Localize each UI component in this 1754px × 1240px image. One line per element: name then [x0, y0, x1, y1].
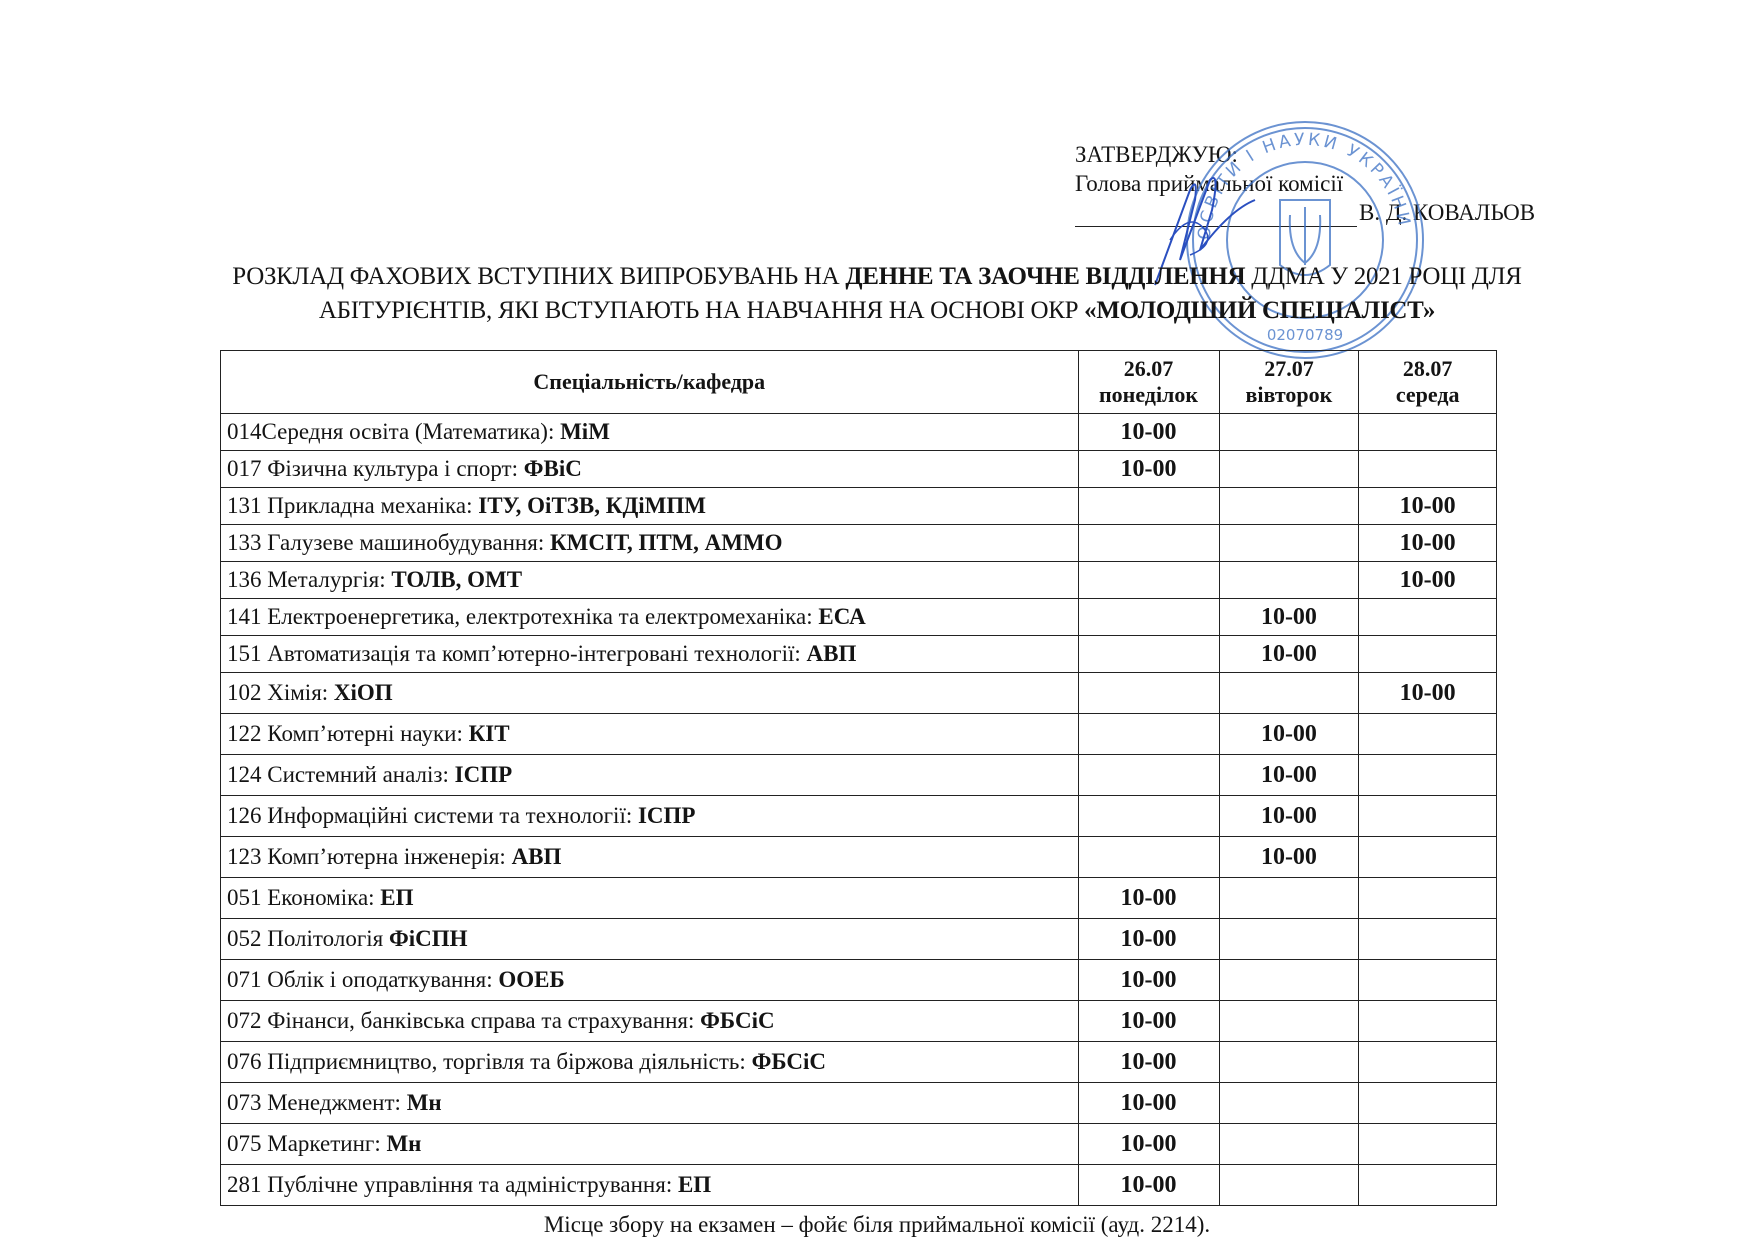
department-code: ФБСіС [700, 1008, 774, 1033]
specialty-name: 102 Хімія: [227, 680, 334, 705]
signature-blank [1075, 204, 1357, 227]
exam-time-cell: 10-00 [1359, 562, 1497, 599]
exam-time-cell [1078, 796, 1219, 837]
department-code: ІТУ, ОіТЗВ, КДіМПМ [478, 493, 706, 518]
specialty-cell: 122 Комп’ютерні науки: КІТ [221, 714, 1079, 755]
exam-time-cell [1219, 960, 1359, 1001]
department-code: ЕП [678, 1172, 711, 1197]
specialty-name: 126 Информаційні системи та технології: [227, 803, 638, 828]
exam-time-cell [1219, 414, 1359, 451]
table-row: 051 Економіка: ЕП10-00 [221, 878, 1497, 919]
department-code: КІТ [469, 721, 510, 746]
exam-time-cell [1078, 488, 1219, 525]
exam-time-cell [1359, 1165, 1497, 1206]
exam-time-cell [1359, 878, 1497, 919]
table-row: 124 Системний аналіз: ІСПР10-00 [221, 755, 1497, 796]
exam-time-cell [1078, 525, 1219, 562]
specialty-name: 071 Облік і оподаткування: [227, 967, 498, 992]
specialty-name: 131 Прикладна механіка: [227, 493, 478, 518]
title-bold-department: ДЕННЕ ТА ЗАОЧНЕ ВІДДІЛЕННЯ [845, 263, 1245, 290]
exam-time-cell [1359, 1124, 1497, 1165]
column-header-day: 28.07середа [1359, 351, 1497, 414]
title-text: ДДМА У 2021 РОЦІ ДЛЯ [1245, 263, 1521, 290]
specialty-cell: 126 Информаційні системи та технології: … [221, 796, 1079, 837]
specialty-name: 076 Підприємництво, торгівля та біржова … [227, 1049, 752, 1074]
specialty-cell: 102 Хімія: ХіОП [221, 673, 1079, 714]
exam-time-cell: 10-00 [1078, 1165, 1219, 1206]
exam-time-cell [1359, 755, 1497, 796]
table-row: 151 Автоматизація та комп’ютерно-інтегро… [221, 636, 1497, 673]
exam-time-cell [1359, 837, 1497, 878]
exam-time-cell [1219, 1165, 1359, 1206]
exam-time-cell [1359, 714, 1497, 755]
exam-time-cell: 10-00 [1219, 796, 1359, 837]
specialty-cell: 133 Галузеве машинобудування: КМСІТ, ПТМ… [221, 525, 1079, 562]
specialty-cell: 151 Автоматизація та комп’ютерно-інтегро… [221, 636, 1079, 673]
exam-time-cell: 10-00 [1359, 525, 1497, 562]
specialty-name: 073 Менеджмент: [227, 1090, 407, 1115]
specialty-cell: 014Середня освіта (Математика): МіМ [221, 414, 1079, 451]
department-code: ІСПР [455, 762, 513, 787]
exam-time-cell [1219, 919, 1359, 960]
specialty-name: 072 Фінанси, банківська справа та страху… [227, 1008, 700, 1033]
exam-time-cell [1219, 525, 1359, 562]
specialty-cell: 072 Фінанси, банківська справа та страху… [221, 1001, 1079, 1042]
specialty-cell: 124 Системний аналіз: ІСПР [221, 755, 1079, 796]
exam-time-cell: 10-00 [1219, 599, 1359, 636]
exam-time-cell: 10-00 [1078, 919, 1219, 960]
specialty-cell: 136 Металургія: ТОЛВ, ОМТ [221, 562, 1079, 599]
exam-time-cell [1078, 599, 1219, 636]
title-bold-level: «МОЛОДШИЙ СПЕЦІАЛІСТ» [1084, 297, 1435, 324]
specialty-name: 136 Металургія: [227, 567, 391, 592]
specialty-cell: 075 Маркетинг: Мн [221, 1124, 1079, 1165]
department-code: ЕСА [818, 604, 865, 629]
exam-time-cell: 10-00 [1078, 1042, 1219, 1083]
exam-time-cell: 10-00 [1078, 1124, 1219, 1165]
specialty-cell: 131 Прикладна механіка: ІТУ, ОіТЗВ, КДіМ… [221, 488, 1079, 525]
exam-time-cell [1219, 1042, 1359, 1083]
exam-time-cell: 10-00 [1078, 878, 1219, 919]
approval-position: Голова приймальної комісії [1075, 169, 1535, 198]
exam-time-cell [1219, 1124, 1359, 1165]
table-row: 126 Информаційні системи та технології: … [221, 796, 1497, 837]
approval-heading: ЗАТВЕРДЖУЮ: [1075, 140, 1535, 169]
specialty-cell: 052 Політологія ФіСПН [221, 919, 1079, 960]
specialty-name: 122 Комп’ютерні науки: [227, 721, 469, 746]
table-row: 076 Підприємництво, торгівля та біржова … [221, 1042, 1497, 1083]
exam-time-cell: 10-00 [1219, 636, 1359, 673]
department-code: ХіОП [334, 680, 393, 705]
assembly-place-note: Місце збору на екзамен – фойє біля прийм… [0, 1212, 1754, 1238]
specialty-cell: 123 Комп’ютерна інженерія: АВП [221, 837, 1079, 878]
exam-time-cell: 10-00 [1219, 837, 1359, 878]
exam-time-cell: 10-00 [1078, 1001, 1219, 1042]
exam-time-cell [1078, 636, 1219, 673]
exam-time-cell: 10-00 [1359, 673, 1497, 714]
specialty-name: 075 Маркетинг: [227, 1131, 386, 1156]
exam-time-cell [1219, 1001, 1359, 1042]
exam-time-cell [1359, 451, 1497, 488]
department-code: ІСПР [638, 803, 696, 828]
specialty-name: 014Середня освіта (Математика): [227, 419, 560, 444]
specialty-cell: 076 Підприємництво, торгівля та біржова … [221, 1042, 1079, 1083]
department-code: АВП [807, 641, 857, 666]
exam-time-cell: 10-00 [1078, 1083, 1219, 1124]
specialty-cell: 071 Облік і оподаткування: ООЕБ [221, 960, 1079, 1001]
exam-time-cell [1078, 755, 1219, 796]
approval-block: ЗАТВЕРДЖУЮ: Голова приймальної комісії В… [1075, 140, 1535, 227]
table-row: 017 Фізична культура і спорт: ФВіС10-00 [221, 451, 1497, 488]
signature-line: В. Д. КОВАЛЬОВ [1075, 198, 1535, 227]
exam-time-cell [1078, 673, 1219, 714]
title-text: АБІТУРІЄНТІВ, ЯКІ ВСТУПАЮТЬ НА НАВЧАННЯ … [319, 297, 1084, 324]
exam-time-cell [1359, 636, 1497, 673]
exam-time-cell [1078, 837, 1219, 878]
department-code: Мн [386, 1131, 421, 1156]
exam-time-cell [1359, 599, 1497, 636]
exam-time-cell: 10-00 [1359, 488, 1497, 525]
specialty-cell: 051 Економіка: ЕП [221, 878, 1079, 919]
exam-time-cell [1219, 673, 1359, 714]
specialty-name: 051 Економіка: [227, 885, 380, 910]
department-code: ООЕБ [498, 967, 564, 992]
exam-time-cell: 10-00 [1078, 960, 1219, 1001]
department-code: ФВіС [524, 456, 582, 481]
exam-time-cell [1359, 919, 1497, 960]
specialty-name: 141 Електроенергетика, електротехніка та… [227, 604, 818, 629]
title-text: РОЗКЛАД ФАХОВИХ ВСТУПНИХ ВИПРОБУВАНЬ НА [232, 263, 845, 290]
table-row: 141 Електроенергетика, електротехніка та… [221, 599, 1497, 636]
exam-time-cell [1219, 488, 1359, 525]
table-row: 071 Облік і оподаткування: ООЕБ10-00 [221, 960, 1497, 1001]
schedule-table: Спеціальність/кафедра 26.07понеділок 27.… [220, 350, 1497, 1206]
exam-time-cell [1078, 562, 1219, 599]
specialty-cell: 281 Публічне управління та адмініструван… [221, 1165, 1079, 1206]
exam-time-cell: 10-00 [1078, 414, 1219, 451]
table-row: 131 Прикладна механіка: ІТУ, ОіТЗВ, КДіМ… [221, 488, 1497, 525]
table-row: 102 Хімія: ХіОП10-00 [221, 673, 1497, 714]
table-row: 281 Публічне управління та адмініструван… [221, 1165, 1497, 1206]
signatory-name: В. Д. КОВАЛЬОВ [1359, 198, 1535, 227]
department-code: ТОЛВ, ОМТ [391, 567, 522, 592]
table-row: 133 Галузеве машинобудування: КМСІТ, ПТМ… [221, 525, 1497, 562]
exam-time-cell [1219, 878, 1359, 919]
column-header-specialty: Спеціальність/кафедра [221, 351, 1079, 414]
exam-time-cell [1219, 562, 1359, 599]
table-row: 136 Металургія: ТОЛВ, ОМТ10-00 [221, 562, 1497, 599]
exam-time-cell: 10-00 [1219, 755, 1359, 796]
exam-time-cell [1359, 1001, 1497, 1042]
exam-time-cell [1359, 414, 1497, 451]
department-code: ФБСіС [752, 1049, 826, 1074]
specialty-name: 123 Комп’ютерна інженерія: [227, 844, 512, 869]
department-code: МіМ [560, 419, 610, 444]
stamp-code: 02070789 [1267, 326, 1343, 344]
exam-time-cell [1219, 1083, 1359, 1124]
table-row: 123 Комп’ютерна інженерія: АВП10-00 [221, 837, 1497, 878]
table-row: 073 Менеджмент: Мн10-00 [221, 1083, 1497, 1124]
department-code: ЕП [380, 885, 413, 910]
document-title: РОЗКЛАД ФАХОВИХ ВСТУПНИХ ВИПРОБУВАНЬ НА … [0, 260, 1754, 328]
specialty-cell: 073 Менеджмент: Мн [221, 1083, 1079, 1124]
table-row: 075 Маркетинг: Мн10-00 [221, 1124, 1497, 1165]
specialty-name: 151 Автоматизація та комп’ютерно-інтегро… [227, 641, 807, 666]
exam-time-cell [1359, 796, 1497, 837]
exam-time-cell [1078, 714, 1219, 755]
specialty-name: 133 Галузеве машинобудування: [227, 530, 550, 555]
exam-time-cell [1359, 960, 1497, 1001]
exam-time-cell: 10-00 [1078, 451, 1219, 488]
department-code: КМСІТ, ПТМ, АММО [550, 530, 783, 555]
exam-time-cell [1219, 451, 1359, 488]
department-code: АВП [512, 844, 562, 869]
department-code: ФіСПН [389, 926, 468, 951]
specialty-cell: 017 Фізична культура і спорт: ФВіС [221, 451, 1079, 488]
exam-time-cell [1359, 1042, 1497, 1083]
table-row: 052 Політологія ФіСПН10-00 [221, 919, 1497, 960]
column-header-day: 27.07вівторок [1219, 351, 1359, 414]
table-header-row: Спеціальність/кафедра 26.07понеділок 27.… [221, 351, 1497, 414]
specialty-cell: 141 Електроенергетика, електротехніка та… [221, 599, 1079, 636]
column-header-day: 26.07понеділок [1078, 351, 1219, 414]
exam-time-cell [1359, 1083, 1497, 1124]
exam-time-cell: 10-00 [1219, 714, 1359, 755]
table-row: 072 Фінанси, банківська справа та страху… [221, 1001, 1497, 1042]
department-code: Мн [407, 1090, 442, 1115]
table-row: 014Середня освіта (Математика): МіМ10-00 [221, 414, 1497, 451]
table-row: 122 Комп’ютерні науки: КІТ10-00 [221, 714, 1497, 755]
specialty-name: 124 Системний аналіз: [227, 762, 455, 787]
specialty-name: 017 Фізична культура і спорт: [227, 456, 524, 481]
specialty-name: 281 Публічне управління та адмініструван… [227, 1172, 678, 1197]
specialty-name: 052 Політологія [227, 926, 389, 951]
